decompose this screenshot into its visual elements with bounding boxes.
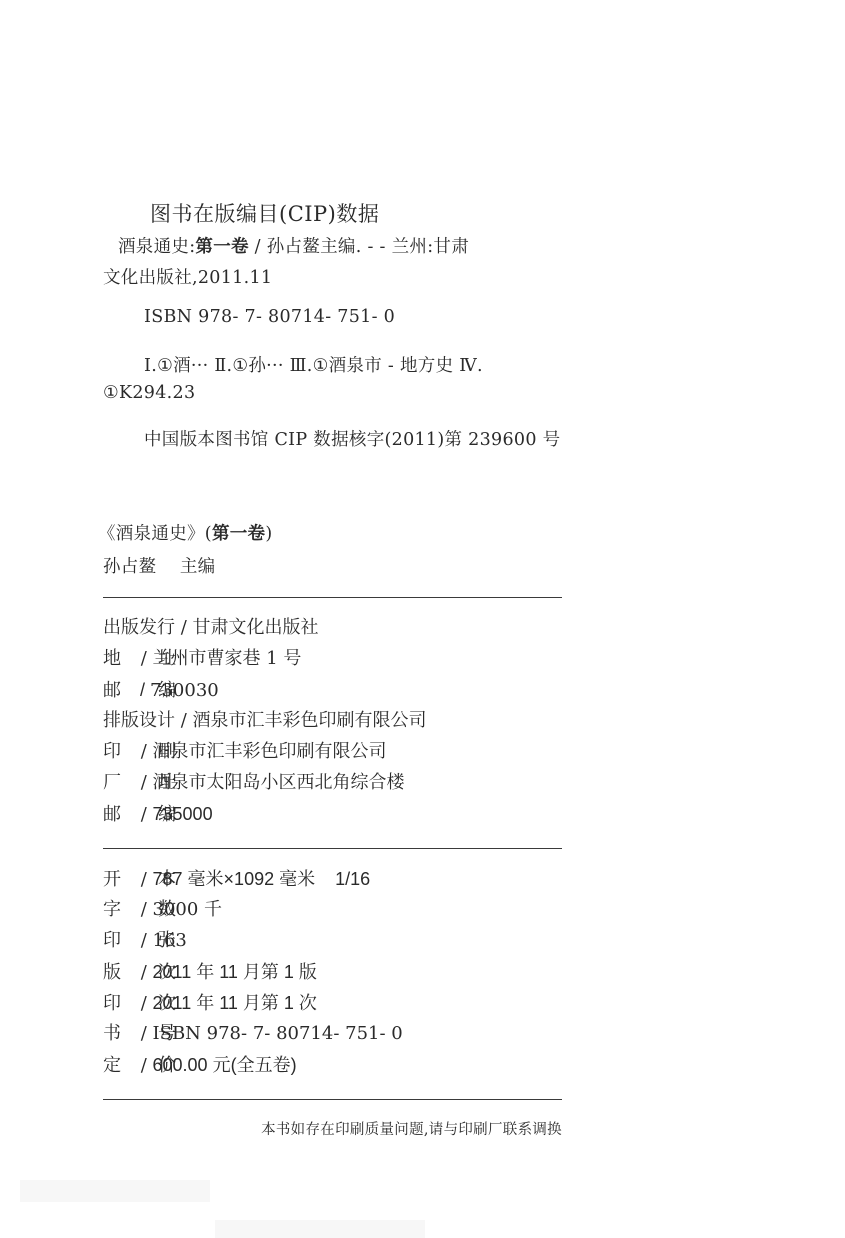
cip-classification: Ⅰ.①酒··· Ⅱ.①孙··· Ⅲ.①酒泉市 - 地方史 Ⅳ. [144,352,483,377]
row-value: 735000 [153,804,213,824]
format-row: 开本 / 787 毫米×1092 毫米 1/16 [103,866,370,892]
cip-classification-cont: ①K294.23 [103,383,195,403]
row-value: 163 [153,930,187,951]
separator: / [135,930,153,951]
edition-row: 版次 / 2011 年 11 月第 1 版 [103,959,317,985]
cip-title-suffix: / 孙占鳌主编. - - 兰州:甘肃 [249,237,469,257]
divider-rule [103,848,562,849]
row-value: 730030 [150,680,219,701]
row-value: 3000 千 [153,899,223,920]
divider-rule [103,597,562,598]
book-editor: 孙占鳌 主编 [103,553,215,578]
separator: / [135,993,153,1014]
divider-rule [103,1099,562,1100]
separator: / [135,648,153,669]
price-row: 定价 / 600.00 元(全五卷) [103,1052,297,1078]
separator: / [135,772,153,793]
sheets-row: 印张 / 163 [103,928,187,954]
row-value: 2011 年 11 月第 1 版 [153,962,317,982]
row-value: 兰州市曹家巷 1 号 [153,648,302,669]
separator: / [175,617,193,638]
row-label: 排版设计 [103,710,175,731]
separator: / [135,741,153,762]
factory-postcode-row: 邮编 / 735000 [103,801,213,827]
book-volume: 第一卷 [212,524,265,544]
separator: / [135,899,153,920]
cip-publisher-line: 文化出版社,2011.11 [103,264,272,289]
scan-artifact [215,1220,425,1238]
word-count-row: 字数 / 3000 千 [103,897,222,923]
book-title-suffix: ) [265,524,272,544]
row-label: 出版发行 [103,617,175,638]
scan-artifact [20,1180,210,1202]
separator: / [135,869,153,890]
cip-title-prefix: 酒泉通史: [118,237,195,257]
row-value: 2011 年 11 月第 1 次 [153,993,317,1013]
row-value: 787 毫米×1092 毫米 1/16 [153,869,371,889]
book-title: 《酒泉通史》(第一卷) [98,520,272,545]
row-value: 600.00 元(全五卷) [153,1055,297,1075]
postcode-row: 邮编 / 730030 [103,677,219,703]
separator: / [135,1023,153,1044]
separator: / [135,1055,153,1076]
publisher-row: 出版发行 / 甘肃文化出版社 [103,615,319,641]
cip-record-number: 中国版本图书馆 CIP 数据核字(2011)第 239600 号 [144,426,560,451]
cip-volume: 第一卷 [195,237,248,257]
printer-row: 印刷 / 酒泉市汇丰彩色印刷有限公司 [103,739,387,765]
row-value: 酒泉市汇丰彩色印刷有限公司 [153,741,387,762]
book-title-prefix: 《酒泉通史》( [98,524,212,544]
separator: / [135,804,153,825]
row-value: 酒泉市太阳岛小区西北角综合楼 [153,772,405,793]
cip-isbn: ISBN 978- 7- 80714- 751- 0 [144,307,395,327]
address-row: 地址 / 兰州市曹家巷 1 号 [103,646,301,672]
typesetting-row: 排版设计 / 酒泉市汇丰彩色印刷有限公司 [103,708,427,734]
isbn-row: 书号 / ISBN 978- 7- 80714- 751- 0 [103,1021,403,1047]
quality-notice: 本书如存在印刷质量问题,请与印刷厂联系调换 [261,1118,562,1139]
printing-row: 印次 / 2011 年 11 月第 1 次 [103,990,317,1016]
separator: / [135,962,153,983]
row-value: 甘肃文化出版社 [193,617,319,638]
factory-address-row: 厂址 / 酒泉市太阳岛小区西北角综合楼 [103,770,405,796]
cip-title-line: 酒泉通史:第一卷 / 孙占鳌主编. - - 兰州:甘肃 [118,233,469,258]
row-value: 酒泉市汇丰彩色印刷有限公司 [193,710,427,731]
separator: / [135,680,150,700]
row-value: ISBN 978- 7- 80714- 751- 0 [153,1023,403,1044]
separator: / [175,710,193,731]
cip-heading: 图书在版编目(CIP)数据 [150,198,379,228]
